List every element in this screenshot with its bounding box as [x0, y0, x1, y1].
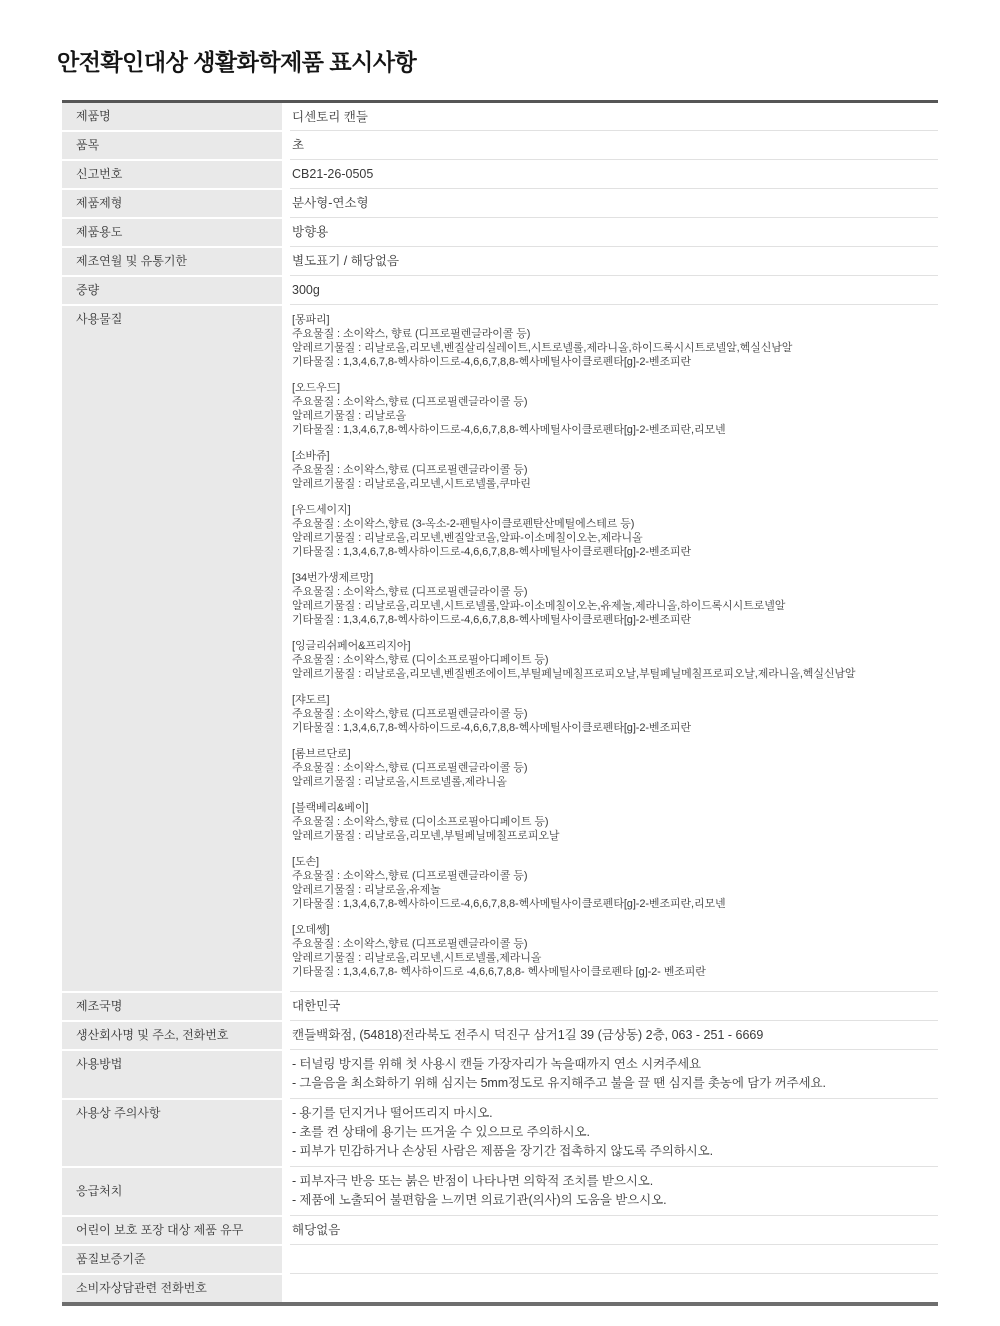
- row-value: [몽파리]주요물질 : 소이왁스, 향료 (디프로필렌글라이콜 등)알레르기물질…: [290, 304, 938, 991]
- table-row: 소비자상담관련 전화번호: [62, 1273, 938, 1302]
- column-divider: [282, 1166, 290, 1215]
- row-value: - 터널링 방지를 위해 첫 사용시 캔들 가장자리가 녹을때까지 연소 시켜주…: [290, 1049, 938, 1098]
- table-row: 사용상 주의사항- 용기를 던지거나 떨어뜨리지 마시오.- 초를 켠 상태에 …: [62, 1098, 938, 1166]
- material-line: 기타물질 : 1,3,4,6,7,8-헥사하이드로-4,6,6,7,8,8-헥사…: [292, 355, 936, 369]
- table-row: 제조국명대한민국: [62, 991, 938, 1020]
- row-label: 품질보증기준: [62, 1244, 282, 1273]
- row-label: 중량: [62, 275, 282, 304]
- column-divider: [282, 246, 290, 275]
- row-label: 품목: [62, 130, 282, 159]
- material-block: [롬브르단로]주요물질 : 소이왁스,향료 (디프로필렌글라이콜 등)알레르기물…: [292, 747, 936, 789]
- row-value: 별도표기 / 해당없음: [290, 246, 938, 275]
- material-block: [오드우드]주요물질 : 소이왁스,향료 (디프로필렌글라이콜 등)알레르기물질…: [292, 381, 936, 437]
- row-value: 초: [290, 130, 938, 159]
- material-line: [몽파리]: [292, 313, 936, 327]
- column-divider: [282, 130, 290, 159]
- material-line: [소바쥬]: [292, 449, 936, 463]
- row-label: 사용물질: [62, 304, 282, 991]
- table-row: 품질보증기준: [62, 1244, 938, 1273]
- material-block: [오데쎙]주요물질 : 소이왁스,향료 (디프로필렌글라이콜 등)알레르기물질 …: [292, 923, 936, 979]
- material-line: [34번가생제르망]: [292, 571, 936, 585]
- table-row: 사용물질[몽파리]주요물질 : 소이왁스, 향료 (디프로필렌글라이콜 등)알레…: [62, 304, 938, 991]
- row-value: 300g: [290, 275, 938, 304]
- column-divider: [282, 1244, 290, 1273]
- material-line: 알레르기물질 : 리날로올,리모넨,시트로넬롤,알파-이소메칠이오논,유제놀,제…: [292, 599, 936, 613]
- column-divider: [282, 159, 290, 188]
- row-value: 대한민국: [290, 991, 938, 1020]
- material-line: [도손]: [292, 855, 936, 869]
- material-line: [블랙베리&베이]: [292, 801, 936, 815]
- table-row: 품목초: [62, 130, 938, 159]
- material-line: [쟈도르]: [292, 693, 936, 707]
- material-line: 알레르기물질 : 리날로올,리모넨,시트로넬롤,제라니올: [292, 951, 936, 965]
- material-line: 주요물질 : 소이왁스,향료 (디프로필렌글라이콜 등): [292, 869, 936, 883]
- material-block: [우드세이지]주요물질 : 소이왁스,향료 (3-옥소-2-펜틸사이클로펜탄산메…: [292, 503, 936, 559]
- row-value: - 용기를 던지거나 떨어뜨리지 마시오.- 초를 켠 상태에 용기는 뜨거울 …: [290, 1098, 938, 1166]
- row-label: 소비자상담관련 전화번호: [62, 1273, 282, 1302]
- column-divider: [282, 1215, 290, 1244]
- material-line: [롬브르단로]: [292, 747, 936, 761]
- material-line: [잉글리쉬페어&프리지아]: [292, 639, 936, 653]
- row-label: 응급처치: [62, 1166, 282, 1215]
- row-label: 제품제형: [62, 188, 282, 217]
- material-line: 주요물질 : 소이왁스,향료 (디프로필렌글라이콜 등): [292, 463, 936, 477]
- row-value: 방향용: [290, 217, 938, 246]
- material-line: 주요물질 : 소이왁스,향료 (디프로필렌글라이콜 등): [292, 937, 936, 951]
- column-divider: [282, 1020, 290, 1049]
- material-block: [몽파리]주요물질 : 소이왁스, 향료 (디프로필렌글라이콜 등)알레르기물질…: [292, 313, 936, 369]
- column-divider: [282, 1049, 290, 1098]
- column-divider: [282, 103, 290, 130]
- material-block: [잉글리쉬페어&프리지아]주요물질 : 소이왁스,향료 (디이소프로필아디페이트…: [292, 639, 936, 681]
- table-row: 어린이 보호 포장 대상 제품 유무해당없음: [62, 1215, 938, 1244]
- row-value: [290, 1273, 938, 1302]
- row-label: 사용상 주의사항: [62, 1098, 282, 1166]
- value-line: - 제품에 노출되어 불편함을 느끼면 의료기관(의사)의 도움을 받으시오.: [292, 1191, 934, 1210]
- table-row: 제조연월 및 유통기한별도표기 / 해당없음: [62, 246, 938, 275]
- table-row: 중량300g: [62, 275, 938, 304]
- material-line: 알레르기물질 : 리날로올: [292, 409, 936, 423]
- material-line: 알레르기물질 : 리날로올,리모넨,벤질살리실레이트,시트로넬롤,제라니올,하이…: [292, 341, 936, 355]
- row-label: 신고번호: [62, 159, 282, 188]
- material-line: 알레르기물질 : 리날로올,유제놀: [292, 883, 936, 897]
- row-value: 분사형-연소형: [290, 188, 938, 217]
- material-line: 기타물질 : 1,3,4,6,7,8-헥사하이드로-4,6,6,7,8,8-헥사…: [292, 613, 936, 627]
- product-label-page: 안전확인대상 생활화학제품 표시사항 제품명디센토리 캔들품목초신고번호CB21…: [0, 0, 1000, 1326]
- material-line: 알레르기물질 : 리날로올,리모넨,벤질알코올,알파-이소메칠이오논,제라니올: [292, 531, 936, 545]
- column-divider: [282, 1273, 290, 1302]
- material-line: 주요물질 : 소이왁스,향료 (디프로필렌글라이콜 등): [292, 761, 936, 775]
- product-info-table: 제품명디센토리 캔들품목초신고번호CB21-26-0505제품제형분사형-연소형…: [62, 100, 938, 1306]
- material-line: [오드우드]: [292, 381, 936, 395]
- material-line: 주요물질 : 소이왁스,향료 (디이소프로필아디페이트 등): [292, 815, 936, 829]
- row-label: 사용방법: [62, 1049, 282, 1098]
- material-line: 알레르기물질 : 리날로올,리모넨,시트로넬롤,쿠마린: [292, 477, 936, 491]
- material-line: 주요물질 : 소이왁스,향료 (디프로필렌글라이콜 등): [292, 395, 936, 409]
- value-line: - 터널링 방지를 위해 첫 사용시 캔들 가장자리가 녹을때까지 연소 시켜주…: [292, 1055, 934, 1074]
- material-line: 알레르기물질 : 리날로올,시트로넬롤,제라니올: [292, 775, 936, 789]
- column-divider: [282, 188, 290, 217]
- material-line: 주요물질 : 소이왁스,향료 (3-옥소-2-펜틸사이클로펜탄산메틸에스테르 등…: [292, 517, 936, 531]
- material-block: [블랙베리&베이]주요물질 : 소이왁스,향료 (디이소프로필아디페이트 등)알…: [292, 801, 936, 843]
- value-line: - 용기를 던지거나 떨어뜨리지 마시오.: [292, 1104, 934, 1123]
- material-line: [우드세이지]: [292, 503, 936, 517]
- row-value: - 피부자극 반응 또는 붉은 반점이 나타나면 의학적 조치를 받으시오.- …: [290, 1166, 938, 1215]
- material-line: 기타물질 : 1,3,4,6,7,8-헥사하이드로-4,6,6,7,8,8-헥사…: [292, 545, 936, 559]
- row-label: 제조연월 및 유통기한: [62, 246, 282, 275]
- value-line: - 피부가 민감하거나 손상된 사람은 제품을 장기간 접촉하지 않도록 주의하…: [292, 1142, 934, 1161]
- column-divider: [282, 304, 290, 991]
- page-title: 안전확인대상 생활화학제품 표시사항: [57, 44, 938, 77]
- material-block: [도손]주요물질 : 소이왁스,향료 (디프로필렌글라이콜 등)알레르기물질 :…: [292, 855, 936, 911]
- material-line: 알레르기물질 : 리날로올,리모넨,부틸페닐메칠프로피오날: [292, 829, 936, 843]
- column-divider: [282, 217, 290, 246]
- material-block: [소바쥬]주요물질 : 소이왁스,향료 (디프로필렌글라이콜 등)알레르기물질 …: [292, 449, 936, 491]
- row-label: 제조국명: [62, 991, 282, 1020]
- value-line: - 그을음을 최소화하기 위해 심지는 5mm정도로 유지해주고 불을 끌 땐 …: [292, 1074, 934, 1093]
- row-value: CB21-26-0505: [290, 159, 938, 188]
- table-row: 제품제형분사형-연소형: [62, 188, 938, 217]
- row-value: 캔들백화점, (54818)전라북도 전주시 덕진구 삼거1길 39 (금상동)…: [290, 1020, 938, 1049]
- row-label: 생산회사명 및 주소, 전화번호: [62, 1020, 282, 1049]
- material-line: 기타물질 : 1,3,4,6,7,8-헥사하이드로-4,6,6,7,8,8-헥사…: [292, 423, 936, 437]
- column-divider: [282, 275, 290, 304]
- material-line: 기타물질 : 1,3,4,6,7,8-헥사하이드로-4,6,6,7,8,8-헥사…: [292, 897, 936, 911]
- material-line: 주요물질 : 소이왁스,향료 (디프로필렌글라이콜 등): [292, 707, 936, 721]
- row-label: 제품용도: [62, 217, 282, 246]
- table-row: 제품용도방향용: [62, 217, 938, 246]
- material-block: [34번가생제르망]주요물질 : 소이왁스,향료 (디프로필렌글라이콜 등)알레…: [292, 571, 936, 627]
- material-line: 알레르기물질 : 리날로올,리모넨,벤질벤조에이트,부틸페닐메칠프로피오날,부틸…: [292, 667, 936, 681]
- material-line: [오데쎙]: [292, 923, 936, 937]
- table-row: 제품명디센토리 캔들: [62, 103, 938, 130]
- row-value: 해당없음: [290, 1215, 938, 1244]
- row-label: 제품명: [62, 103, 282, 130]
- row-value: [290, 1244, 938, 1273]
- row-label: 어린이 보호 포장 대상 제품 유무: [62, 1215, 282, 1244]
- material-block: [쟈도르]주요물질 : 소이왁스,향료 (디프로필렌글라이콜 등)기타물질 : …: [292, 693, 936, 735]
- table-row: 생산회사명 및 주소, 전화번호캔들백화점, (54818)전라북도 전주시 덕…: [62, 1020, 938, 1049]
- material-line: 주요물질 : 소이왁스,향료 (디이소프로필아디페이트 등): [292, 653, 936, 667]
- row-value: 디센토리 캔들: [290, 103, 938, 130]
- material-line: 기타물질 : 1,3,4,6,7,8-헥사하이드로-4,6,6,7,8,8-헥사…: [292, 721, 936, 735]
- column-divider: [282, 991, 290, 1020]
- value-line: - 초를 켠 상태에 용기는 뜨거울 수 있으므로 주의하시오.: [292, 1123, 934, 1142]
- value-line: - 피부자극 반응 또는 붉은 반점이 나타나면 의학적 조치를 받으시오.: [292, 1172, 934, 1191]
- column-divider: [282, 1098, 290, 1166]
- material-line: 주요물질 : 소이왁스, 향료 (디프로필렌글라이콜 등): [292, 327, 936, 341]
- table-row: 응급처치- 피부자극 반응 또는 붉은 반점이 나타나면 의학적 조치를 받으시…: [62, 1166, 938, 1215]
- table-row: 신고번호CB21-26-0505: [62, 159, 938, 188]
- table-row: 사용방법- 터널링 방지를 위해 첫 사용시 캔들 가장자리가 녹을때까지 연소…: [62, 1049, 938, 1098]
- material-line: 기타물질 : 1,3,4,6,7,8- 헥사하이드로 -4,6,6,7,8,8-…: [292, 965, 936, 979]
- material-line: 주요물질 : 소이왁스,향료 (디프로필렌글라이콜 등): [292, 585, 936, 599]
